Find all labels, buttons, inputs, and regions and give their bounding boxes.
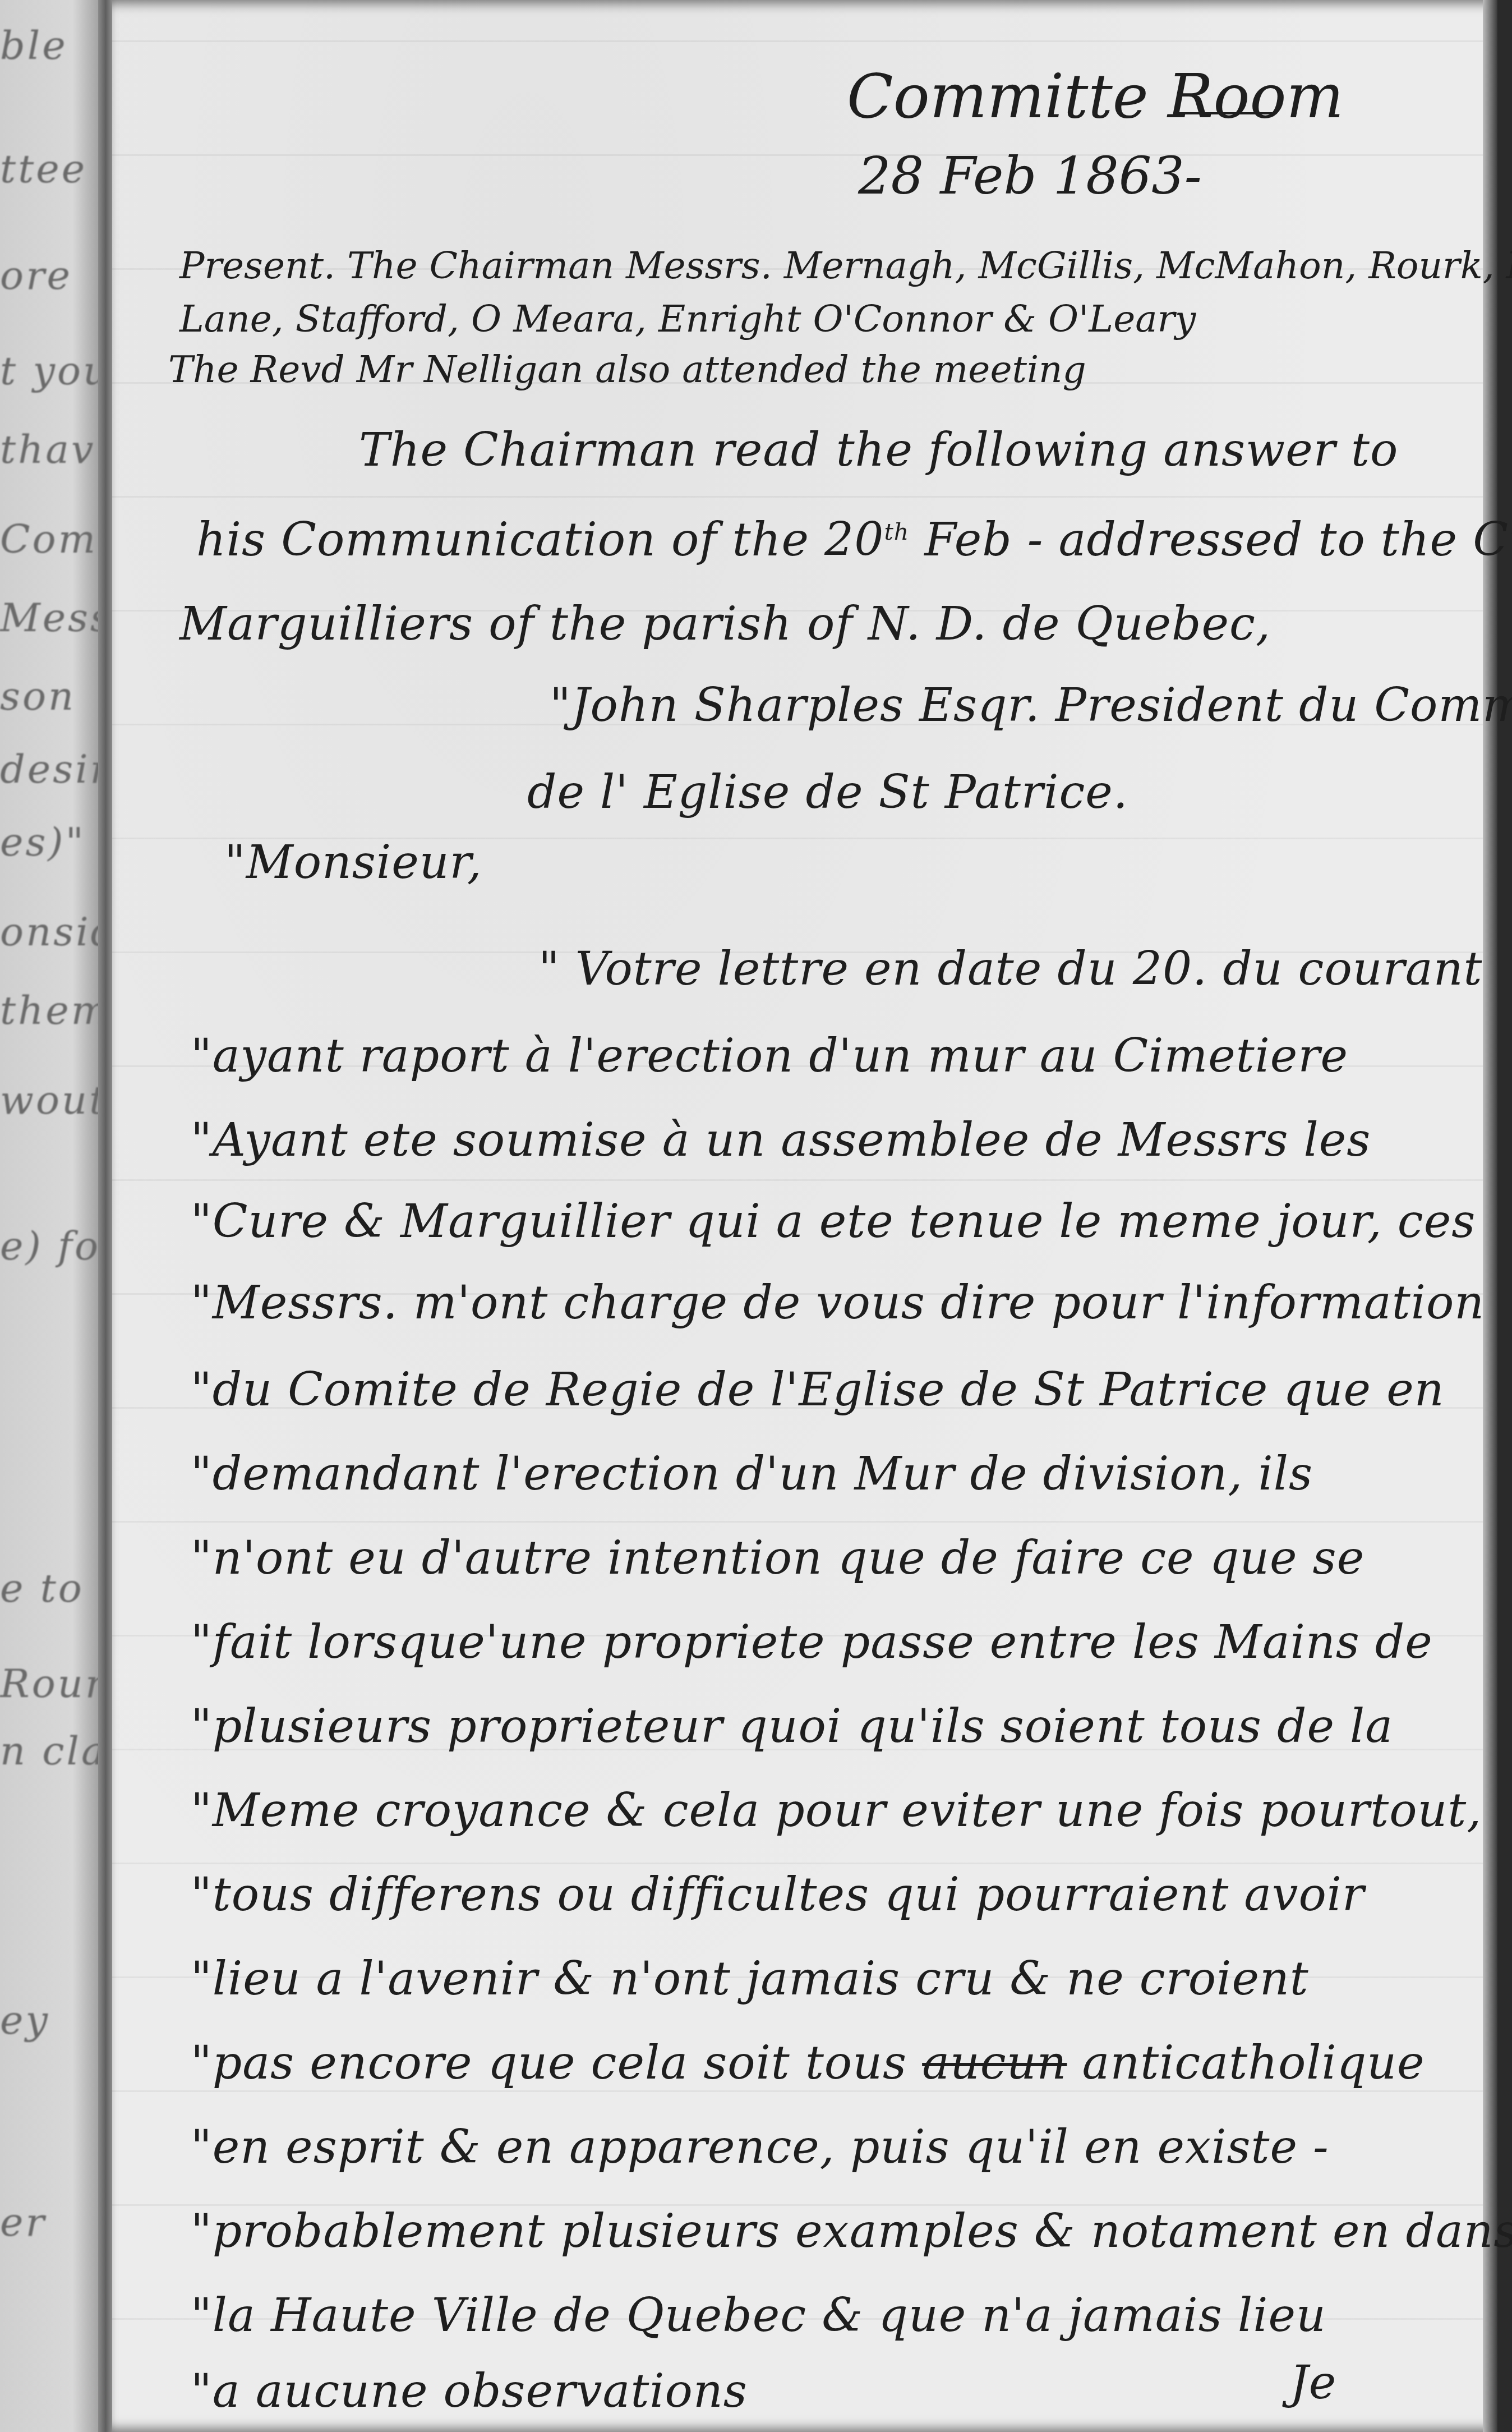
letter-body-line: "fait lorsque'une propriete passe entre …	[191, 1616, 1433, 1669]
margin-fragment: es)"	[0, 819, 86, 865]
attendance-line-3: The Revd Mr Nelligan also attended the m…	[168, 348, 1086, 391]
margin-fragment: n cla	[0, 1728, 104, 1774]
intro-line-1: The Chairman read the following answer t…	[359, 424, 1398, 477]
margin-fragment: ttee	[0, 146, 87, 192]
letter-body-line: "du Comite de Regie de l'Eglise de St Pa…	[191, 1363, 1445, 1417]
letter-body-line: "tous differens ou difficultes qui pourr…	[191, 1868, 1365, 1921]
letter-body-line: "Meme croyance & cela pour eviter une fo…	[191, 1784, 1482, 1837]
letter-body-line: "n'ont eu d'autre intention que de faire…	[191, 1532, 1365, 1585]
letter-text: anticatholique	[1067, 2036, 1425, 2090]
margin-fragment: t you	[0, 348, 104, 394]
intro-line-2: his Communication of the 20th Feb - addr…	[196, 513, 1512, 567]
superscript: th	[884, 518, 909, 545]
letter-body-line: "la Haute Ville de Quebec & que n'a jama…	[191, 2289, 1326, 2342]
margin-fragment: desir	[0, 746, 104, 792]
intro-text: his Communication of the 20	[196, 513, 884, 567]
letter-address-line-1: "John Sharples Esqr. President du Commit…	[550, 679, 1512, 732]
heading-place: Committe Room	[847, 62, 1344, 132]
letter-salutation: "Monsieur,	[224, 836, 482, 889]
margin-fragment: er	[0, 2199, 47, 2245]
letter-body-line-with-strike: "pas encore que cela soit tous aucun ant…	[191, 2036, 1425, 2090]
letter-body-line: "Ayant ete soumise à un assemblee de Mes…	[191, 1114, 1371, 1167]
letter-text: "pas encore que cela soit tous	[191, 2036, 922, 2090]
letter-body-line: "plusieurs proprieteur quoi qu'ils soien…	[191, 1700, 1393, 1753]
manuscript-page: Committe Room 28 Feb 1863- Present. The …	[112, 0, 1497, 2432]
letter-body-line: " Votre lettre en date du 20. du courant	[538, 943, 1483, 996]
manuscript-spread: ble ttee ore t you thav Comm Messr son d…	[0, 0, 1512, 2432]
margin-fragment: ble	[0, 22, 68, 68]
heading-date: 28 Feb 1863-	[858, 146, 1202, 206]
margin-fragment: son	[0, 673, 76, 719]
letter-body-line: "Cure & Marguillier qui a ete tenue le m…	[191, 1195, 1476, 1248]
letter-address-line-2: de l' Eglise de St Patrice.	[527, 766, 1128, 819]
margin-fragment: Messr	[0, 595, 104, 641]
page-edge-shadow	[1483, 0, 1497, 2432]
letter-body-line: "Messrs. m'ont charge de vous dire pour …	[191, 1276, 1485, 1330]
catchword: Je	[1290, 2356, 1336, 2410]
letter-body-line: "probablement plusieurs examples & notam…	[191, 2205, 1512, 2258]
margin-fragment: them	[0, 987, 104, 1033]
margin-fragment: e to	[0, 1565, 84, 1611]
attendance-line-2: Lane, Stafford, O Meara, Enright O'Conno…	[179, 297, 1196, 341]
margin-fragment: ey	[0, 1997, 50, 2043]
margin-fragment: Comm	[0, 516, 104, 562]
letter-body-line: "ayant raport à l'erection d'un mur au C…	[191, 1029, 1348, 1083]
margin-fragment: e) for	[0, 1223, 104, 1269]
struck-word: aucun	[922, 2036, 1067, 2090]
letter-body-line: "en esprit & en apparence, puis qu'il en…	[191, 2121, 1329, 2174]
letter-body-line: "demandant l'erection d'un Mur de divisi…	[191, 1447, 1313, 1501]
heading-flourish	[1178, 112, 1273, 114]
intro-text: Feb - addressed to the Cure &	[909, 513, 1512, 567]
previous-page-edge: ble ttee ore t you thav Comm Messr son d…	[0, 0, 104, 2432]
attendance-line-1: Present. The Chairman Messrs. Mernagh, M…	[179, 244, 1512, 287]
margin-fragment: thav	[0, 426, 96, 472]
margin-fragment: Rourke	[0, 1661, 104, 1707]
margin-fragment: woute	[0, 1077, 104, 1123]
letter-body-line: "a aucune observations	[191, 2365, 748, 2418]
intro-line-3: Marguilliers of the parish of N. D. de Q…	[179, 597, 1271, 651]
letter-body-line: "lieu a l'avenir & n'ont jamais cru & ne…	[191, 1952, 1309, 2006]
margin-fragment: onside	[0, 909, 104, 955]
margin-fragment: ore	[0, 252, 72, 298]
